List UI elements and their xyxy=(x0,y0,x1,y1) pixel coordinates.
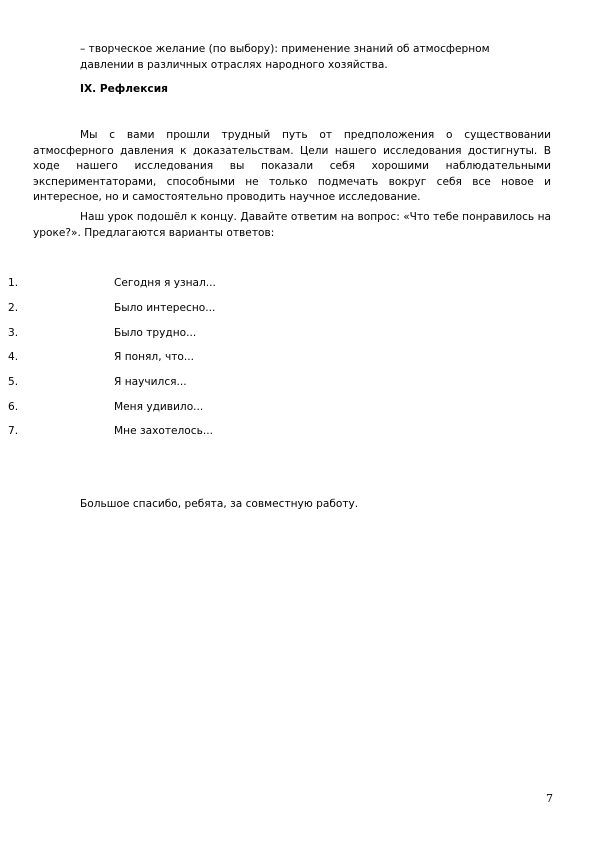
list-item-text: Я научился... xyxy=(114,375,187,391)
section-heading: IX. Рефлексия xyxy=(80,82,168,98)
list-item-text: Мне захотелось... xyxy=(114,424,213,440)
list-item-number: 2. xyxy=(8,301,18,317)
intro-line-2: давлении в различных отраслях народного … xyxy=(80,58,540,74)
list-item-text: Было трудно... xyxy=(114,326,196,342)
list-item-number: 7. xyxy=(8,424,18,440)
list-item-number: 1. xyxy=(8,276,18,292)
list-item-number: 3. xyxy=(8,326,18,342)
closing-text: Большое спасибо, ребята, за совместную р… xyxy=(80,497,358,513)
list-item-number: 4. xyxy=(8,350,18,366)
list-item-text: Было интересно... xyxy=(114,301,215,317)
list-item-text: Я понял, что... xyxy=(114,350,194,366)
paragraph-question: Наш урок подошёл к концу. Давайте ответи… xyxy=(33,210,551,241)
list-item-number: 6. xyxy=(8,400,18,416)
page-number: 7 xyxy=(546,792,553,805)
intro-line-1: – творческое желание (по выбору): примен… xyxy=(80,42,540,58)
paragraph-reflection: Мы с вами прошли трудный путь от предпол… xyxy=(33,128,551,206)
list-item-text: Меня удивило... xyxy=(114,400,203,416)
list-item-text: Сегодня я узнал... xyxy=(114,276,216,292)
list-item-number: 5. xyxy=(8,375,18,391)
